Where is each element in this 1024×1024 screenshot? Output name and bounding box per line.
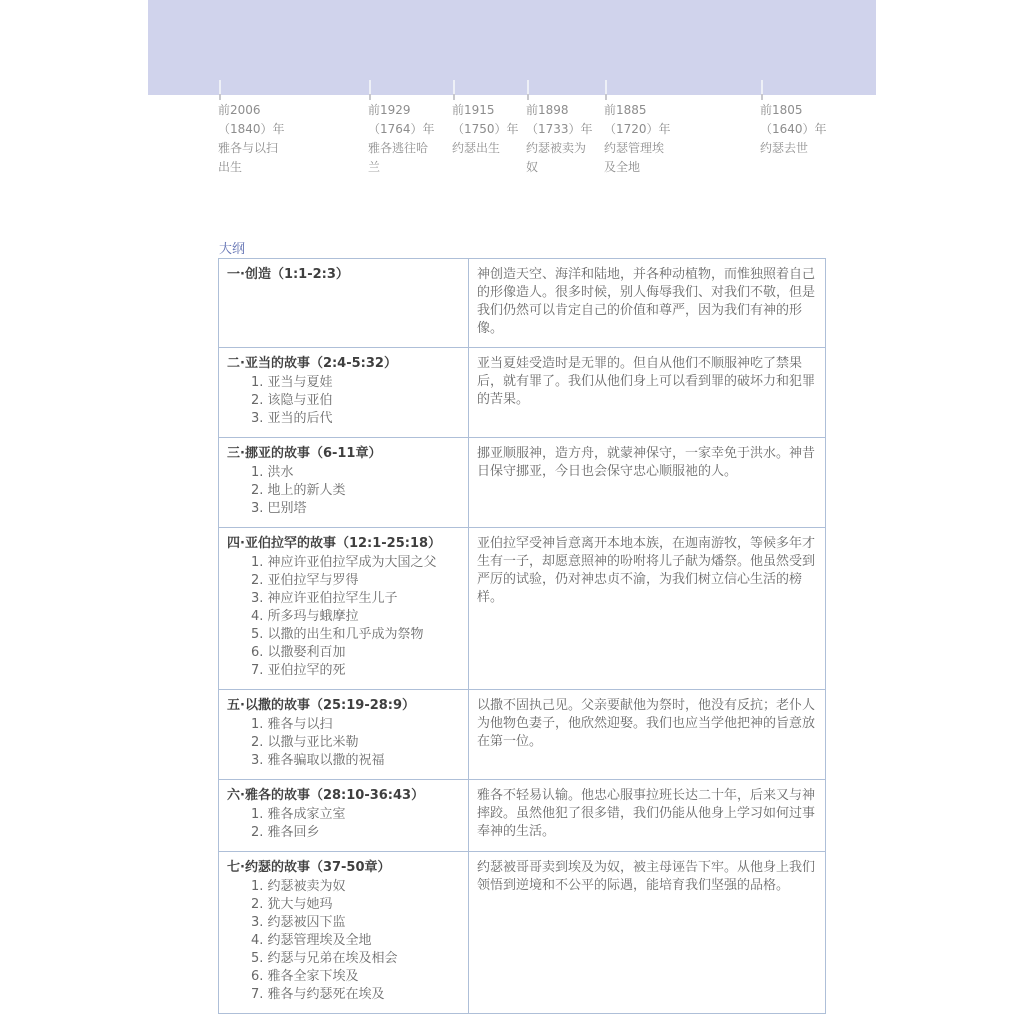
section-subitem: 2. 该隐与亚伯 — [251, 392, 458, 410]
section-subitem: 1. 洪水 — [251, 464, 458, 482]
timeline-event: 雅各逃往哈兰 — [368, 139, 438, 177]
timeline: 前2006 （1840）年 雅各与以扫出生 前1929 （1764）年 雅各逃往… — [0, 0, 1024, 200]
timeline-item: 前1915 （1750）年 约瑟出生 — [452, 101, 522, 158]
timeline-bc-year: 前1885 — [604, 101, 674, 120]
timeline-item: 前1805 （1640）年 约瑟去世 — [760, 101, 830, 158]
section-heading: 一·创造（1:1-2:3） — [227, 266, 458, 284]
timeline-alt-year: （1720）年 — [604, 120, 674, 139]
timeline-tick — [369, 80, 371, 100]
outline-left-cell: 五·以撒的故事（25:19-28:9） 1. 雅各与以扫2. 以撒与亚比米勒3.… — [219, 690, 469, 780]
outline-title: 大纲 — [219, 238, 245, 257]
section-subitem: 1. 雅各成家立室 — [251, 806, 458, 824]
timeline-tick — [605, 80, 607, 100]
timeline-event: 约瑟管理埃及全地 — [604, 139, 674, 177]
section-subitem: 3. 雅各骗取以撒的祝福 — [251, 752, 458, 770]
timeline-item: 前1885 （1720）年 约瑟管理埃及全地 — [604, 101, 674, 177]
section-subitems: 1. 约瑟被卖为奴2. 犹大与她玛3. 约瑟被囚下监4. 约瑟管理埃及全地5. … — [227, 878, 458, 1004]
outline-right-cell: 亚当夏娃受造时是无罪的。但自从他们不顺服神吃了禁果后，就有罪了。我们从他们身上可… — [469, 348, 826, 438]
timeline-event: 约瑟出生 — [452, 139, 522, 158]
timeline-event: 约瑟去世 — [760, 139, 830, 158]
timeline-alt-year: （1750）年 — [452, 120, 522, 139]
timeline-bc-year: 前2006 — [218, 101, 288, 120]
section-subitems: 1. 雅各与以扫2. 以撒与亚比米勒3. 雅各骗取以撒的祝福 — [227, 716, 458, 770]
outline-left-cell: 三·挪亚的故事（6-11章） 1. 洪水2. 地上的新人类3. 巴别塔 — [219, 438, 469, 528]
outline-left-cell: 六·雅各的故事（28:10-36:43） 1. 雅各成家立室2. 雅各回乡 — [219, 780, 469, 852]
outline-row: 一·创造（1:1-2:3） 神创造天空、海洋和陆地，并各种动植物，而惟独照着自己… — [219, 259, 826, 348]
section-summary: 神创造天空、海洋和陆地，并各种动植物，而惟独照着自己的形像造人。很多时候，别人侮… — [477, 266, 815, 338]
timeline-tick — [453, 80, 455, 100]
timeline-alt-year: （1733）年 — [526, 120, 596, 139]
section-heading: 四·亚伯拉罕的故事（12:1-25:18） — [227, 535, 458, 553]
section-subitem: 3. 神应许亚伯拉罕生儿子 — [251, 590, 458, 608]
section-subitem: 1. 雅各与以扫 — [251, 716, 458, 734]
section-subitem: 5. 以撒的出生和几乎成为祭物 — [251, 626, 458, 644]
timeline-bc-year: 前1915 — [452, 101, 522, 120]
section-subitems: 1. 雅各成家立室2. 雅各回乡 — [227, 806, 458, 842]
section-summary: 约瑟被哥哥卖到埃及为奴，被主母诬告下牢。从他身上我们领悟到逆境和不公平的际遇，能… — [477, 859, 815, 895]
section-heading: 五·以撒的故事（25:19-28:9） — [227, 697, 458, 715]
section-subitem: 4. 所多玛与蛾摩拉 — [251, 608, 458, 626]
outline-left-cell: 七·约瑟的故事（37-50章） 1. 约瑟被卖为奴2. 犹大与她玛3. 约瑟被囚… — [219, 852, 469, 1014]
timeline-alt-year: （1840）年 — [218, 120, 288, 139]
section-subitem: 2. 以撒与亚比米勒 — [251, 734, 458, 752]
section-summary: 挪亚顺服神，造方舟，就蒙神保守，一家幸免于洪水。神昔日保守挪亚，今日也会保守忠心… — [477, 445, 815, 481]
section-subitem: 2. 地上的新人类 — [251, 482, 458, 500]
outline-table: 一·创造（1:1-2:3） 神创造天空、海洋和陆地，并各种动植物，而惟独照着自己… — [218, 258, 826, 1014]
section-subitem: 6. 以撒娶利百加 — [251, 644, 458, 662]
timeline-event: 约瑟被卖为奴 — [526, 139, 596, 177]
outline-right-cell: 以撒不固执己见。父亲要献他为祭时，他没有反抗；老仆人为他物色妻子，他欣然迎娶。我… — [469, 690, 826, 780]
section-heading: 二·亚当的故事（2:4-5:32） — [227, 355, 458, 373]
outline-left-cell: 一·创造（1:1-2:3） — [219, 259, 469, 348]
section-subitem: 2. 犹大与她玛 — [251, 896, 458, 914]
timeline-alt-year: （1640）年 — [760, 120, 830, 139]
section-subitem: 2. 雅各回乡 — [251, 824, 458, 842]
section-subitem: 1. 亚当与夏娃 — [251, 374, 458, 392]
outline-right-cell: 挪亚顺服神，造方舟，就蒙神保守，一家幸免于洪水。神昔日保守挪亚，今日也会保守忠心… — [469, 438, 826, 528]
section-subitem: 1. 神应许亚伯拉罕成为大国之父 — [251, 554, 458, 572]
section-subitem: 6. 雅各全家下埃及 — [251, 968, 458, 986]
outline-row: 七·约瑟的故事（37-50章） 1. 约瑟被卖为奴2. 犹大与她玛3. 约瑟被囚… — [219, 852, 826, 1014]
outline-row: 四·亚伯拉罕的故事（12:1-25:18） 1. 神应许亚伯拉罕成为大国之父2.… — [219, 528, 826, 690]
section-subitem: 4. 约瑟管理埃及全地 — [251, 932, 458, 950]
section-heading: 六·雅各的故事（28:10-36:43） — [227, 787, 458, 805]
outline-row: 三·挪亚的故事（6-11章） 1. 洪水2. 地上的新人类3. 巴别塔 挪亚顺服… — [219, 438, 826, 528]
section-subitems: 1. 洪水2. 地上的新人类3. 巴别塔 — [227, 464, 458, 518]
outline-row: 五·以撒的故事（25:19-28:9） 1. 雅各与以扫2. 以撒与亚比米勒3.… — [219, 690, 826, 780]
timeline-tick — [761, 80, 763, 100]
section-subitem: 3. 巴别塔 — [251, 500, 458, 518]
timeline-bc-year: 前1805 — [760, 101, 830, 120]
section-summary: 亚伯拉罕受神旨意离开本地本族，在迦南游牧，等候多年才生有一子，却愿意照神的吩咐将… — [477, 535, 815, 607]
section-subitem: 2. 亚伯拉罕与罗得 — [251, 572, 458, 590]
timeline-alt-year: （1764）年 — [368, 120, 438, 139]
section-subitem: 5. 约瑟与兄弟在埃及相会 — [251, 950, 458, 968]
outline-left-cell: 四·亚伯拉罕的故事（12:1-25:18） 1. 神应许亚伯拉罕成为大国之父2.… — [219, 528, 469, 690]
section-summary: 亚当夏娃受造时是无罪的。但自从他们不顺服神吃了禁果后，就有罪了。我们从他们身上可… — [477, 355, 815, 409]
timeline-item: 前1929 （1764）年 雅各逃往哈兰 — [368, 101, 438, 177]
section-subitems: 1. 亚当与夏娃2. 该隐与亚伯3. 亚当的后代 — [227, 374, 458, 428]
outline-left-cell: 二·亚当的故事（2:4-5:32） 1. 亚当与夏娃2. 该隐与亚伯3. 亚当的… — [219, 348, 469, 438]
timeline-tick — [527, 80, 529, 100]
section-subitem: 7. 亚伯拉罕的死 — [251, 662, 458, 680]
section-subitems: 1. 神应许亚伯拉罕成为大国之父2. 亚伯拉罕与罗得3. 神应许亚伯拉罕生儿子4… — [227, 554, 458, 680]
outline-right-cell: 亚伯拉罕受神旨意离开本地本族，在迦南游牧，等候多年才生有一子，却愿意照神的吩咐将… — [469, 528, 826, 690]
section-subitem: 3. 约瑟被囚下监 — [251, 914, 458, 932]
section-subitem: 7. 雅各与约瑟死在埃及 — [251, 986, 458, 1004]
section-subitem: 3. 亚当的后代 — [251, 410, 458, 428]
section-heading: 三·挪亚的故事（6-11章） — [227, 445, 458, 463]
timeline-item: 前2006 （1840）年 雅各与以扫出生 — [218, 101, 288, 177]
outline-right-cell: 神创造天空、海洋和陆地，并各种动植物，而惟独照着自己的形像造人。很多时候，别人侮… — [469, 259, 826, 348]
outline-row: 六·雅各的故事（28:10-36:43） 1. 雅各成家立室2. 雅各回乡 雅各… — [219, 780, 826, 852]
section-summary: 以撒不固执己见。父亲要献他为祭时，他没有反抗；老仆人为他物色妻子，他欣然迎娶。我… — [477, 697, 815, 751]
timeline-tick — [219, 80, 221, 100]
section-subitem: 1. 约瑟被卖为奴 — [251, 878, 458, 896]
timeline-bc-year: 前1898 — [526, 101, 596, 120]
section-heading: 七·约瑟的故事（37-50章） — [227, 859, 458, 877]
timeline-item: 前1898 （1733）年 约瑟被卖为奴 — [526, 101, 596, 177]
section-summary: 雅各不轻易认输。他忠心服事拉班长达二十年，后来又与神摔跤。虽然他犯了很多错，我们… — [477, 787, 815, 841]
outline-row: 二·亚当的故事（2:4-5:32） 1. 亚当与夏娃2. 该隐与亚伯3. 亚当的… — [219, 348, 826, 438]
outline-right-cell: 雅各不轻易认输。他忠心服事拉班长达二十年，后来又与神摔跤。虽然他犯了很多错，我们… — [469, 780, 826, 852]
timeline-event: 雅各与以扫出生 — [218, 139, 288, 177]
timeline-bc-year: 前1929 — [368, 101, 438, 120]
outline-right-cell: 约瑟被哥哥卖到埃及为奴，被主母诬告下牢。从他身上我们领悟到逆境和不公平的际遇，能… — [469, 852, 826, 1014]
